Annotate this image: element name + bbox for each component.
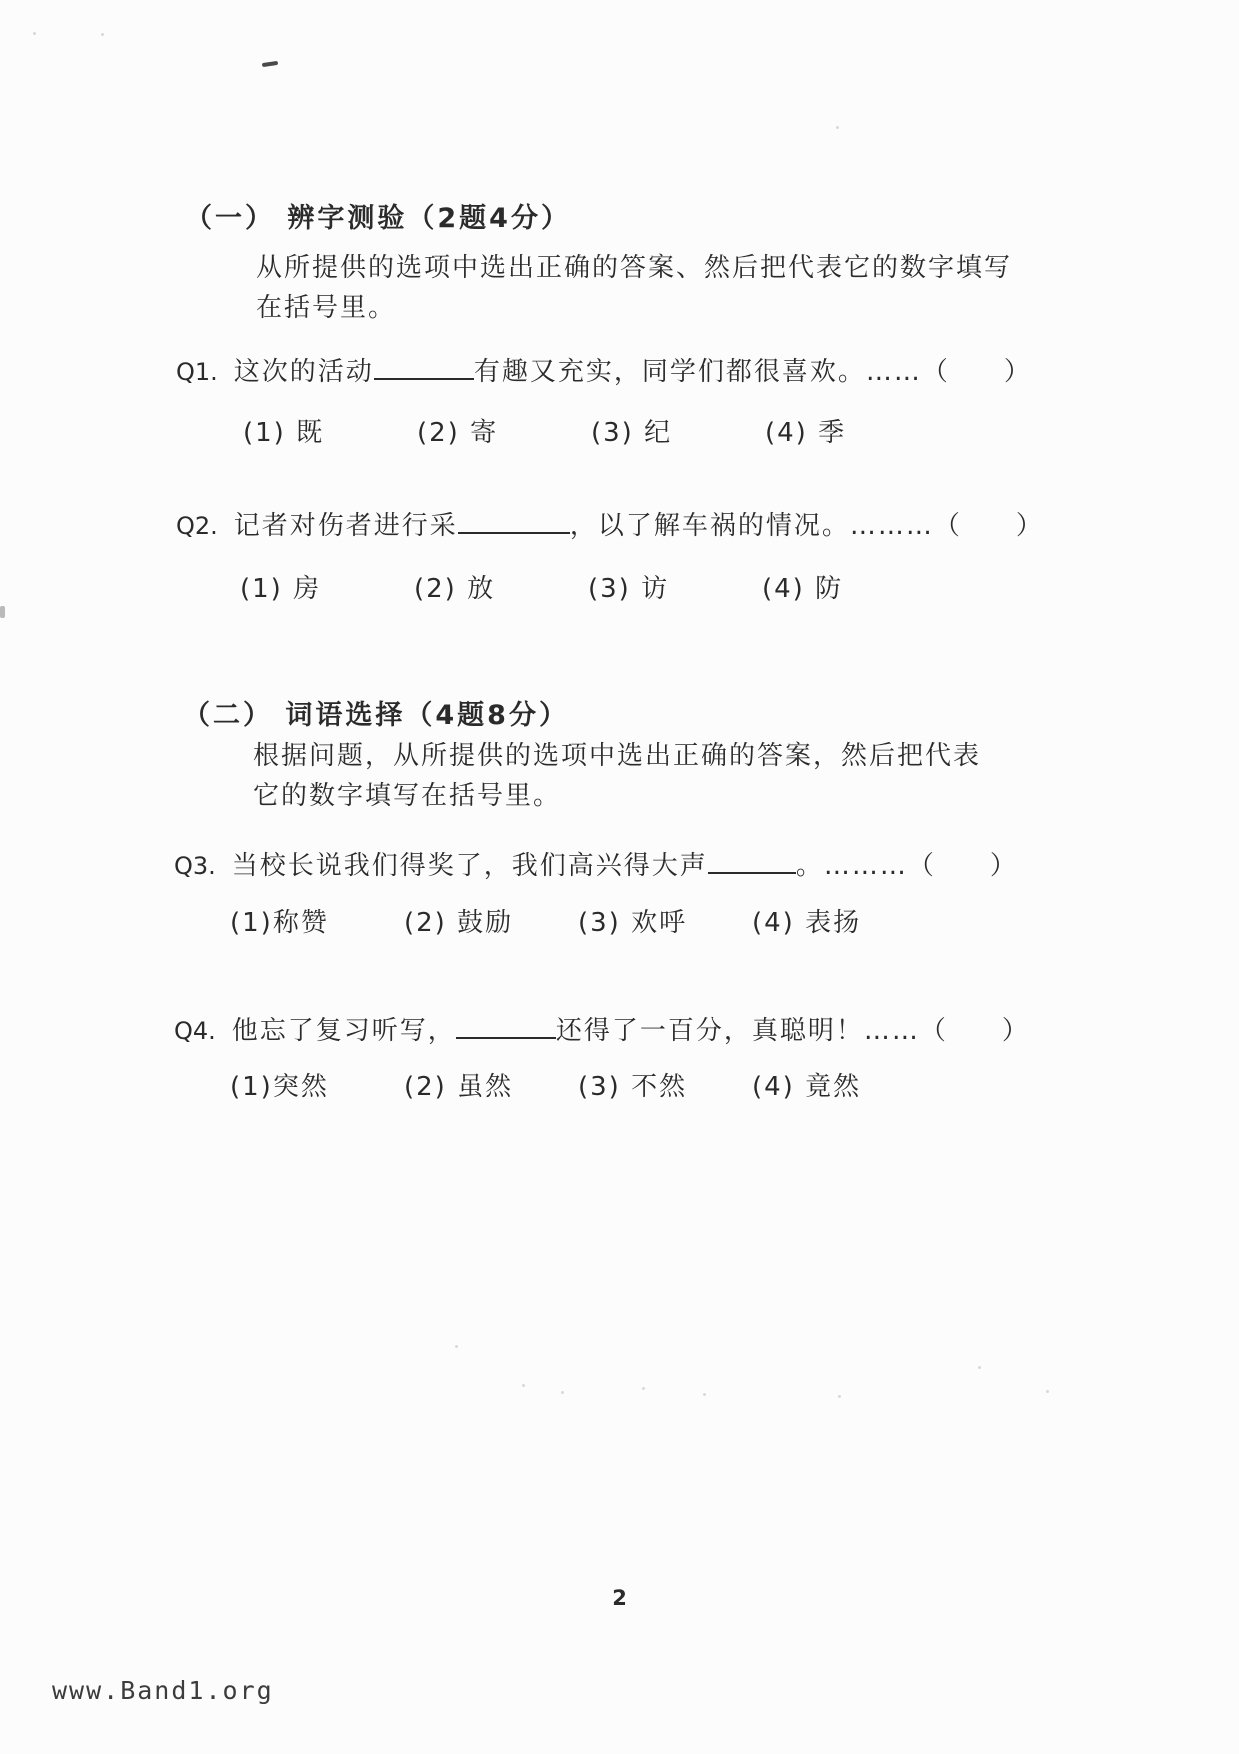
q2-option-2: (2) 放 <box>414 568 588 605</box>
scan-artifact <box>703 1393 706 1396</box>
scan-artifact <box>33 32 36 35</box>
question-q3-text-after-blank: 。………（ <box>796 851 936 881</box>
q3-option-2: (2) 鼓励 <box>404 902 578 939</box>
question-q2-text-before-blank: 记者对伤者进行采 <box>234 511 458 541</box>
section-2-instruction-line-2: 它的数字填写在括号里。 <box>253 775 561 812</box>
page-number: 2 <box>0 1586 1239 1610</box>
question-q2-options: (1) 房 (2) 放 (3) 访 (4) 防 <box>240 568 843 605</box>
section-1-instruction-line-1: 从所提供的选项中选出正确的答案、然后把代表它的数字填写 <box>256 247 1012 284</box>
question-q3-options: (1)称赞 (2) 鼓励 (3) 欢呼 (4) 表扬 <box>230 902 861 939</box>
question-q3-text-before-blank: 当校长说我们得奖了，我们高兴得大声 <box>232 851 708 881</box>
question-q4-text-before-blank: 他忘了复习听写， <box>232 1016 456 1046</box>
question-q2-label: Q2. <box>176 512 218 540</box>
q1-option-2: (2) 寄 <box>417 412 591 449</box>
question-q1-bracket-close: ） <box>1004 357 1032 387</box>
question-q2-bracket-close: ） <box>1016 511 1044 541</box>
question-q1-label: Q1. <box>176 358 218 386</box>
q2-option-3: (3) 访 <box>588 568 762 605</box>
question-q3-label: Q3. <box>174 852 216 880</box>
watermark-url: www.Band1.org <box>52 1676 274 1705</box>
question-q1: Q1.这次的活动有趣又充实，同学们都很喜欢。……（） <box>176 351 1032 388</box>
q1-option-4: (4) 季 <box>765 412 846 449</box>
question-q2-text-after-blank: ，以了解车祸的情况。………（ <box>570 511 962 541</box>
question-q1-text-before-blank: 这次的活动 <box>234 357 374 387</box>
q4-option-4: (4) 竟然 <box>752 1066 861 1103</box>
q1-option-1: (1) 既 <box>243 412 417 449</box>
question-q1-answer-blank <box>374 352 474 380</box>
question-q2-answer-blank <box>458 506 570 534</box>
scan-artifact <box>978 1366 981 1369</box>
question-q2: Q2.记者对伤者进行采，以了解车祸的情况。………（） <box>176 505 1044 542</box>
question-q1-text-after-blank: 有趣又充实，同学们都很喜欢。……（ <box>474 357 950 387</box>
q4-option-3: (3) 不然 <box>578 1066 752 1103</box>
question-q3-answer-blank <box>708 846 796 874</box>
section-2-heading: （二） 词语选择（4题8分） <box>183 693 569 732</box>
question-q4-text-after-blank: 还得了一百分，真聪明！……（ <box>556 1016 948 1046</box>
scan-artifact <box>455 1345 458 1348</box>
scan-artifact <box>642 1387 645 1390</box>
section-2-instruction-line-1: 根据问题，从所提供的选项中选出正确的答案，然后把代表 <box>253 735 981 772</box>
q4-option-1: (1)突然 <box>230 1066 404 1103</box>
question-q4-answer-blank <box>456 1011 556 1039</box>
scan-artifact <box>1046 1390 1049 1393</box>
scanned-exam-page: （一） 辨字测验（2题4分） 从所提供的选项中选出正确的答案、然后把代表它的数字… <box>0 0 1239 1754</box>
question-q4-options: (1)突然 (2) 虽然 (3) 不然 (4) 竟然 <box>230 1066 861 1103</box>
scan-artifact <box>262 61 278 67</box>
q3-option-4: (4) 表扬 <box>752 902 861 939</box>
scan-artifact <box>522 1384 525 1387</box>
q4-option-2: (2) 虽然 <box>404 1066 578 1103</box>
question-q4: Q4.他忘了复习听写，还得了一百分，真聪明！……（） <box>174 1010 1030 1047</box>
question-q4-label: Q4. <box>174 1017 216 1045</box>
question-q4-bracket-close: ） <box>1002 1016 1030 1046</box>
section-1-instruction-line-2: 在括号里。 <box>256 287 396 324</box>
q2-option-1: (1) 房 <box>240 568 414 605</box>
q2-option-4: (4) 防 <box>762 568 843 605</box>
scan-artifact <box>836 126 839 129</box>
question-q1-options: (1) 既 (2) 寄 (3) 纪 (4) 季 <box>243 412 846 449</box>
scan-artifact <box>561 1391 564 1394</box>
section-1-heading: （一） 辨字测验（2题4分） <box>185 196 571 235</box>
q3-option-3: (3) 欢呼 <box>578 902 752 939</box>
question-q3-bracket-close: ） <box>990 851 1018 881</box>
scan-artifact <box>0 606 5 618</box>
question-q3: Q3.当校长说我们得奖了，我们高兴得大声。………（） <box>174 845 1018 882</box>
q3-option-1: (1)称赞 <box>230 902 404 939</box>
q1-option-3: (3) 纪 <box>591 412 765 449</box>
scan-artifact <box>101 33 104 36</box>
scan-artifact <box>838 1395 841 1398</box>
